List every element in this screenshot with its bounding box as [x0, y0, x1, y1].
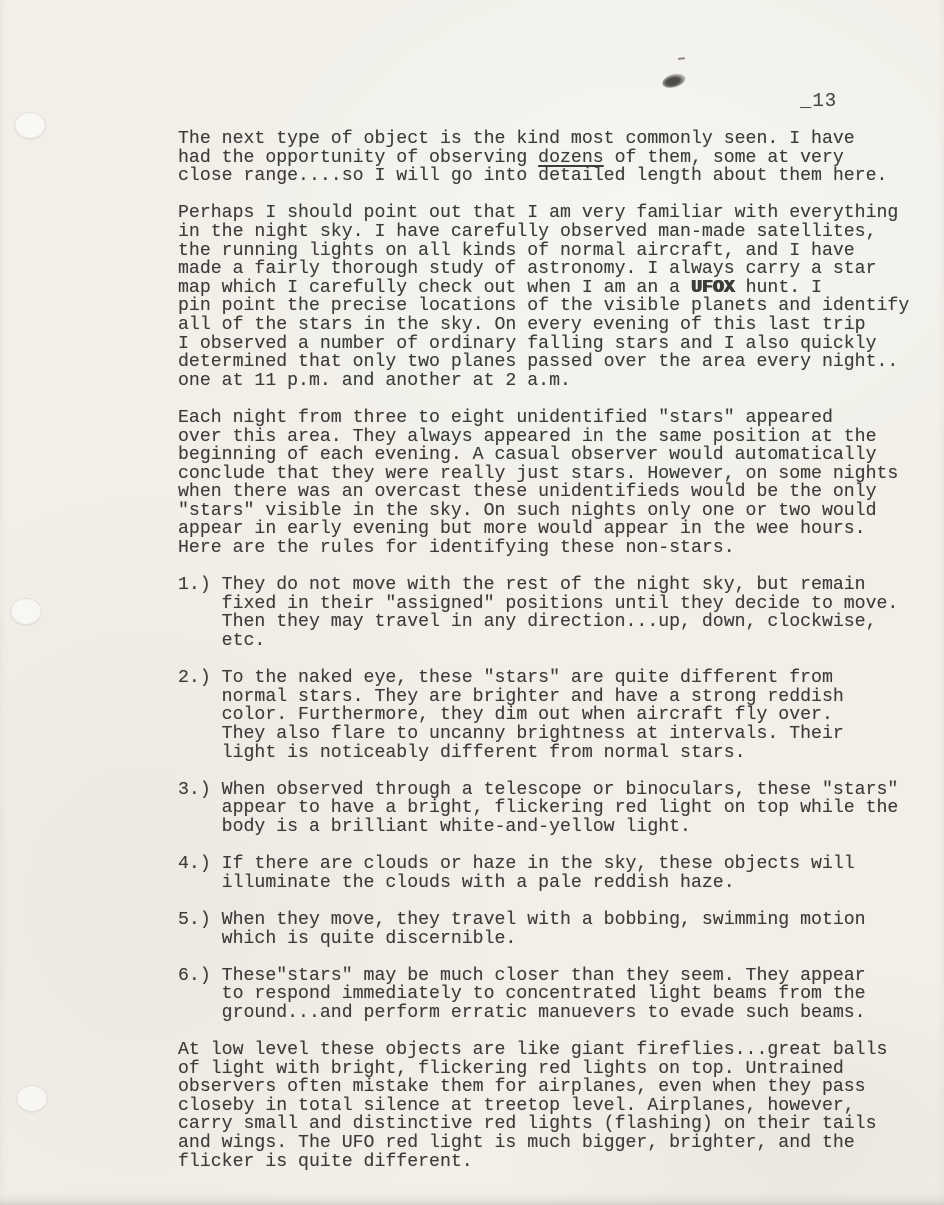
ink-smudge: [661, 71, 687, 89]
punch-hole-icon: [10, 598, 42, 626]
list-item: 5.) When they move, they travel with a b…: [178, 911, 944, 948]
paragraph-familiarity: Perhaps I should point out that I am ver…: [178, 204, 944, 390]
scanned-page: _13 The next type of object is the kind …: [0, 0, 944, 1205]
list-item: 1.) They do not move with the rest of th…: [178, 576, 944, 650]
list-item-number: 1.): [178, 576, 222, 650]
list-item-text: They do not move with the rest of the ni…: [222, 576, 899, 650]
document-body: The next type of object is the kind most…: [178, 130, 944, 1190]
paragraph-low-level: At low level these objects are like gian…: [178, 1041, 944, 1171]
list-item: 2.) To the naked eye, these "stars" are …: [178, 669, 944, 762]
list-item: 4.) If there are clouds or haze in the s…: [178, 855, 944, 892]
list-item-text: When observed through a telescope or bin…: [222, 781, 899, 837]
page-number: _13: [800, 90, 837, 112]
punch-hole-icon: [16, 1085, 48, 1113]
list-item: 6.) These"stars" may be much closer than…: [178, 967, 944, 1023]
overstruck-word: UFOX: [691, 278, 735, 298]
list-item-number: 4.): [178, 855, 222, 892]
paragraph-nightly-stars: Each night from three to eight unidentif…: [178, 409, 944, 558]
underlined-word: dozens: [538, 148, 604, 168]
list-item: 3.) When observed through a telescope or…: [178, 781, 944, 837]
list-item-text: To the naked eye, these "stars" are quit…: [222, 669, 844, 762]
list-item-text: These"stars" may be much closer than the…: [222, 967, 866, 1023]
punch-hole-icon: [14, 112, 46, 140]
list-item-text: If there are clouds or haze in the sky, …: [222, 855, 855, 892]
list-item-number: 6.): [178, 967, 222, 1023]
list-item-number: 5.): [178, 911, 222, 948]
list-item-number: 3.): [178, 781, 222, 837]
list-item-number: 2.): [178, 669, 222, 762]
paragraph-intro: The next type of object is the kind most…: [178, 130, 944, 186]
list-item-text: When they move, they travel with a bobbi…: [222, 911, 866, 948]
